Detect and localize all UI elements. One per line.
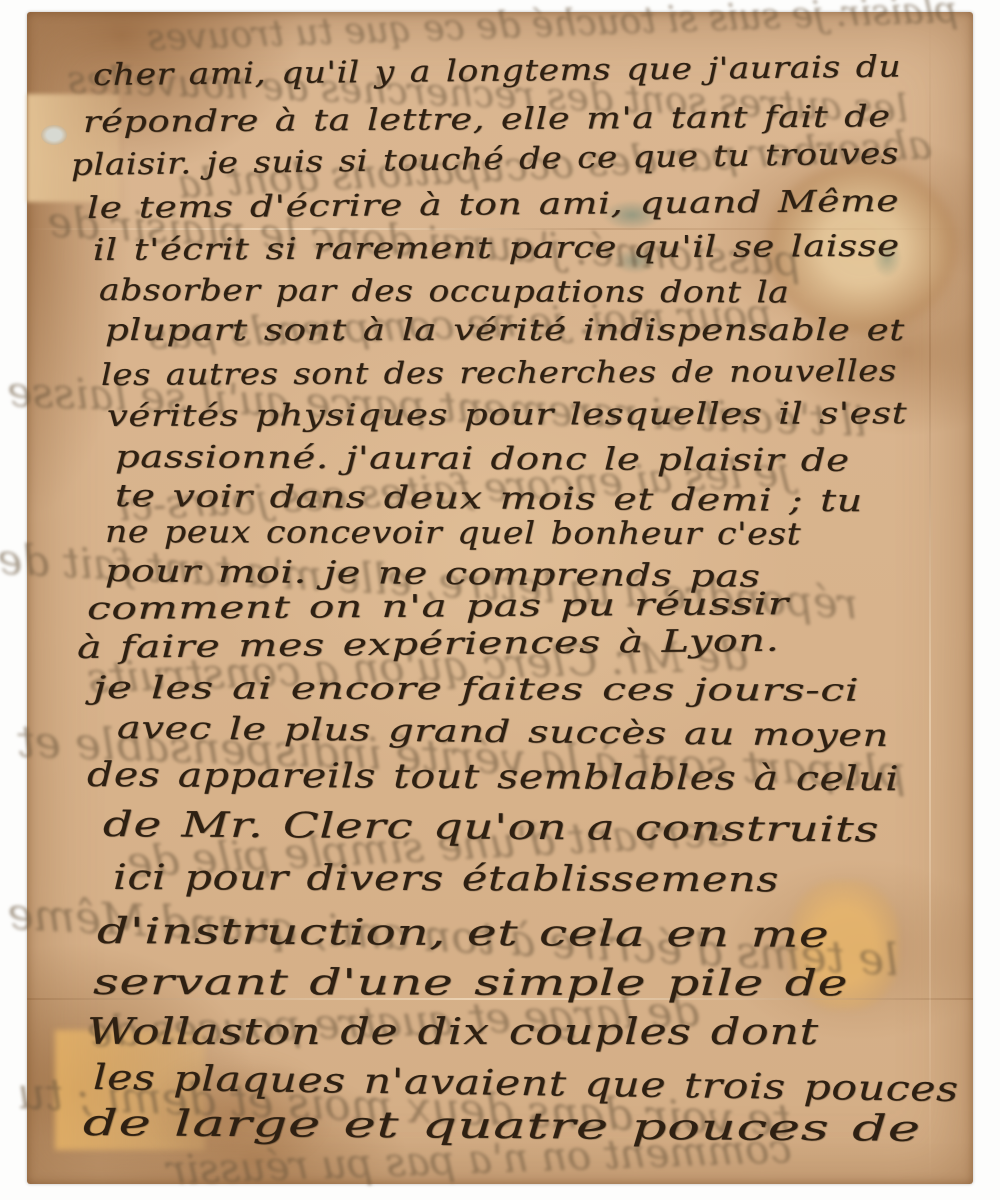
letter-line: les autres sont des recherches de nouvel… <box>101 354 897 393</box>
letter-line: le tems d'écrire à ton ami, quand Même <box>87 184 899 226</box>
letter-line: passionné. j'aurai donc le plaisir de <box>115 439 850 479</box>
letter-line: comment on n'a pas pu réussir <box>87 586 789 627</box>
letter-line: cher ami, qu'il y a longtems que j'aurai… <box>93 50 902 93</box>
letter-line: de large et quatre pouces de <box>83 1103 921 1150</box>
letter-line: de Mr. Clerc qu'on a construits <box>103 805 879 850</box>
letter-line: il t'écrit si rarement parce qu'il se la… <box>93 229 900 268</box>
letter-page: plaisir. je suis si touché de ce que tu … <box>27 12 973 1184</box>
letter-line: ici pour divers établissemens <box>113 858 779 900</box>
letter-line: absorber par des occupations dont la <box>99 273 789 310</box>
letter-line: servant d'une simple pile de <box>93 962 848 1004</box>
letter-line: répondre à ta lettre, elle m'a tant fait… <box>83 99 891 140</box>
letter-line: les plaques n'avaient que trois pouces <box>93 1058 959 1110</box>
letter-line: des appareils tout semblables à celui <box>87 755 899 799</box>
letter-line: vérités physiques pour lesquelles il s'e… <box>107 396 907 434</box>
letter-line: je les ai encore faites ces jours-ci <box>93 670 859 709</box>
letter-line: te voir dans deux mois et demi ; tu <box>115 478 863 519</box>
letter-line: Wollaston de dix couples dont <box>87 1012 819 1053</box>
scan-background: plaisir. je suis si touché de ce que tu … <box>0 0 1000 1200</box>
letter-line: d'instruction, et cela en me <box>97 911 830 956</box>
letter-line: plaisir. je suis si touché de ce que tu … <box>71 136 899 183</box>
letter-line: plupart sont à la vérité indispensable e… <box>105 313 905 348</box>
letter-line: avec le plus grand succès au moyen <box>117 710 889 754</box>
letter-line: à faire mes expériences à Lyon. <box>77 623 780 666</box>
letter-text: cher ami, qu'il y a longtems que j'aurai… <box>27 12 973 1184</box>
letter-line: ne peux concevoir quel bonheur c'est <box>105 514 801 552</box>
